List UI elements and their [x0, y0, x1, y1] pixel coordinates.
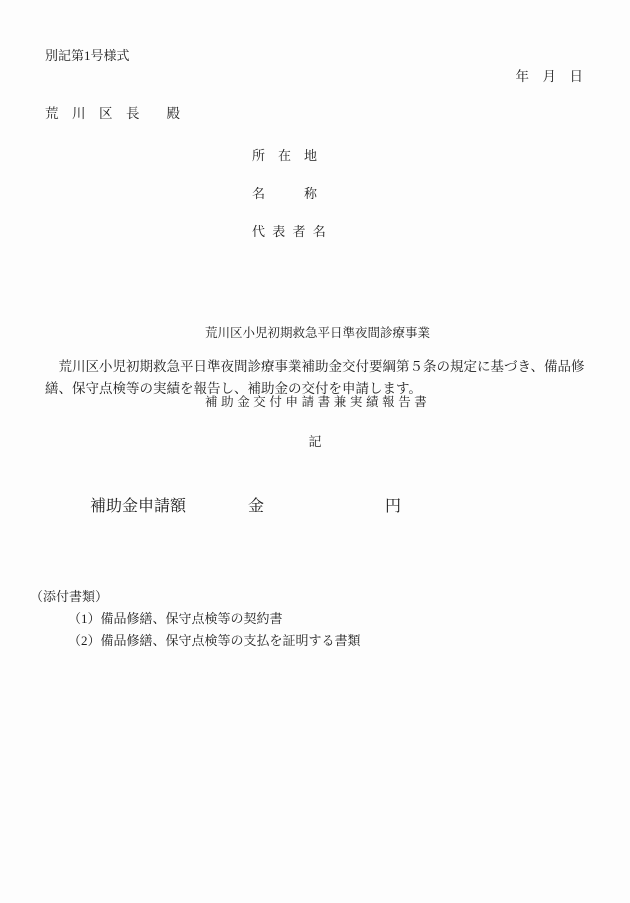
- currency-suffix: 円: [385, 493, 401, 516]
- applicant-name-label: 名 称: [252, 183, 317, 202]
- applicant-representative-label: 代 表 者 名: [252, 221, 328, 240]
- addressee-line: 荒 川 区 長 殿: [45, 102, 180, 122]
- date-line: 年 月 日: [516, 65, 584, 85]
- body-paragraph: 荒川区小児初期救急平日準夜間診療事業補助金交付要綱第５条の規定に基づき、備品修繕…: [45, 356, 593, 400]
- attachments-heading: （添付書類）: [30, 586, 108, 605]
- document-page: 別記第1号様式 年 月 日 荒 川 区 長 殿 所 在 地 名 称 代 表 者 …: [0, 0, 630, 903]
- document-title-line1: 荒川区小児初期救急平日準夜間診療事業: [205, 322, 430, 345]
- record-marker: 記: [45, 431, 585, 450]
- form-number-label: 別記第1号様式: [45, 45, 130, 64]
- attachment-item-2: （2）備品修繕、保守点検等の支払を証明する書類: [68, 630, 361, 649]
- subsidy-amount-label: 補助金申請額: [90, 493, 186, 516]
- currency-prefix: 金: [248, 493, 264, 516]
- attachment-item-1: （1）備品修繕、保守点検等の契約書: [68, 608, 283, 627]
- applicant-address-label: 所 在 地: [252, 145, 317, 164]
